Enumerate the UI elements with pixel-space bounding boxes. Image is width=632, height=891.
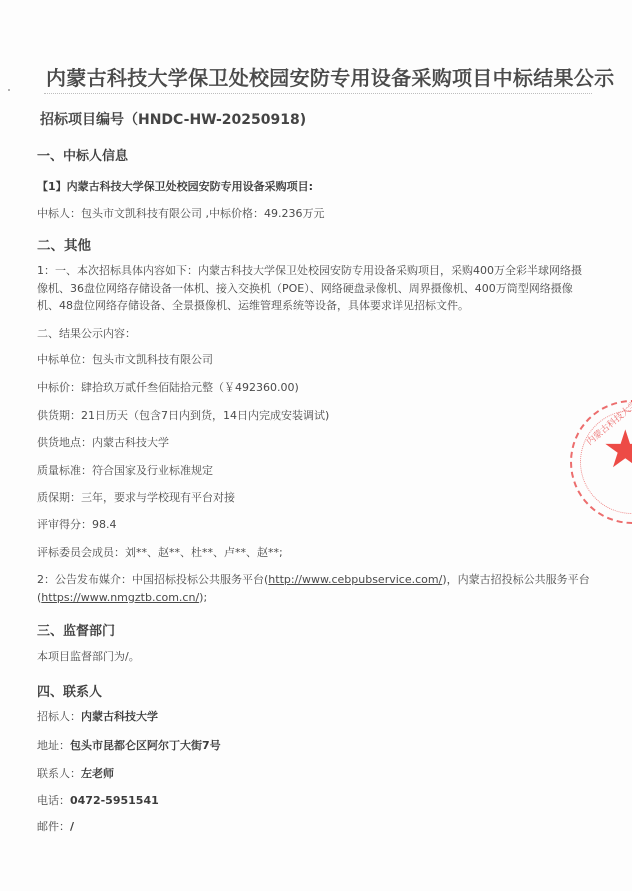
result-winning-unit: 中标单位：包头市文凯科技有限公司 [37,351,213,367]
contact-email: 邮件：/ [37,818,74,834]
result-value: 三年，要求与学校现有平台对接 [81,491,235,504]
official-seal: 内蒙古科技大学 ★ [570,400,632,524]
page-title: 内蒙古科技大学保卫处校园安防专用设备采购项目中标结果公示 [46,62,606,91]
scan-speck [8,89,10,91]
contact-label: 招标人： [37,710,81,723]
contact-person: 联系人：左老师 [37,765,114,781]
section-heading-supervision: 三、监督部门 [37,620,115,639]
contact-value: / [70,820,74,833]
result-label: 供货地点： [37,436,92,449]
contact-phone: 电话：0472-5951541 [37,792,159,808]
project-number: 招标项目编号（HNDC-HW-20250918) [40,109,306,129]
star-icon: ★ [602,424,632,476]
result-value: 符合国家及行业标准规定 [92,464,213,477]
publication-media: 2：公告发布媒介：中国招标投标公共服务平台(http://www.cebpubs… [37,571,597,606]
contact-value: 0472-5951541 [70,794,159,807]
result-value: 98.4 [92,518,117,531]
section-heading-winner-info: 一、中标人信息 [37,145,128,164]
result-value: 21日历天（包含7日内到货，14日内完成安装调试) [81,409,329,422]
result-winning-price: 中标价：肆拾玖万贰仟叁佰陆拾元整（￥492360.00) [37,379,299,395]
section-heading-contacts: 四、联系人 [37,681,102,700]
supervision-text: 本项目监督部门为/。 [37,648,140,664]
media-suffix: ); [199,591,207,604]
section-heading-other: 二、其他 [37,234,91,254]
winner-line: 中标人：包头市文凯科技有限公司 ,中标价格：49.236万元 [37,205,324,221]
result-quality-standard: 质量标准：符合国家及行业标准规定 [37,462,213,478]
media-mid: )，内蒙古招投标公共服务平台 [442,573,589,586]
result-label: 评审得分： [37,518,92,531]
contact-value: 包头市昆都仑区阿尔丁大街7号 [70,739,221,752]
result-value: 肆拾玖万贰仟叁佰陆拾元整（￥492360.00) [81,381,299,394]
result-value: 内蒙古科技大学 [92,436,169,449]
title-divider [44,93,592,94]
cebpubservice-link[interactable]: http://www.cebpubservice.com/ [268,573,442,586]
result-value: 包头市文凯科技有限公司 [92,353,213,366]
result-delivery-period: 供货期：21日历天（包含7日内到货，14日内完成安装调试) [37,407,329,423]
result-warranty: 质保期：三年，要求与学校现有平台对接 [37,489,235,505]
procurement-content: 1：一、本次招标具体内容如下：内蒙古科技大学保卫处校园安防专用设备采购项目，采购… [37,262,597,315]
announcement-page: 内蒙古科技大学保卫处校园安防专用设备采购项目中标结果公示 招标项目编号（HNDC… [0,0,632,891]
result-committee: 评标委员会成员：刘**、赵**、杜**、卢**、赵**; [37,544,283,560]
lot-title: 【1】内蒙古科技大学保卫处校园安防专用设备采购项目: [37,178,313,194]
contact-address: 地址：包头市昆都仑区阿尔丁大街7号 [37,737,221,753]
result-label: 供货期： [37,409,81,422]
contact-value: 左老师 [81,767,114,780]
result-label: 质保期： [37,491,81,504]
contact-label: 地址： [37,739,70,752]
procurement-line-2: 像机、36盘位网络存储设备一体机、接入交换机（POE）、网络硬盘录像机、周界摄像… [37,280,597,298]
contact-label: 邮件： [37,820,70,833]
result-score: 评审得分：98.4 [37,516,117,532]
result-label: 质量标准： [37,464,92,477]
result-label: 中标价： [37,381,81,394]
nmgztb-link[interactable]: https://www.nmgztb.com.cn/ [41,591,199,604]
contact-label: 电话： [37,794,70,807]
procurement-line-3: 机、48盘位网络存储设备、全景摄像机、运维管理系统等设备，具体要求详见招标文件。 [37,297,597,315]
result-value: 刘**、赵**、杜**、卢**、赵**; [125,546,283,559]
result-delivery-location: 供货地点：内蒙古科技大学 [37,434,169,450]
contact-tenderer: 招标人：内蒙古科技大学 [37,708,158,724]
contact-value: 内蒙古科技大学 [81,710,158,723]
result-label: 评标委员会成员： [37,546,125,559]
media-prefix: 2：公告发布媒介：中国招标投标公共服务平台( [37,573,268,586]
result-label: 中标单位： [37,353,92,366]
procurement-line-1: 1：一、本次招标具体内容如下：内蒙古科技大学保卫处校园安防专用设备采购项目，采购… [37,262,597,280]
contact-label: 联系人： [37,767,81,780]
result-heading: 二、结果公示内容： [37,325,136,341]
